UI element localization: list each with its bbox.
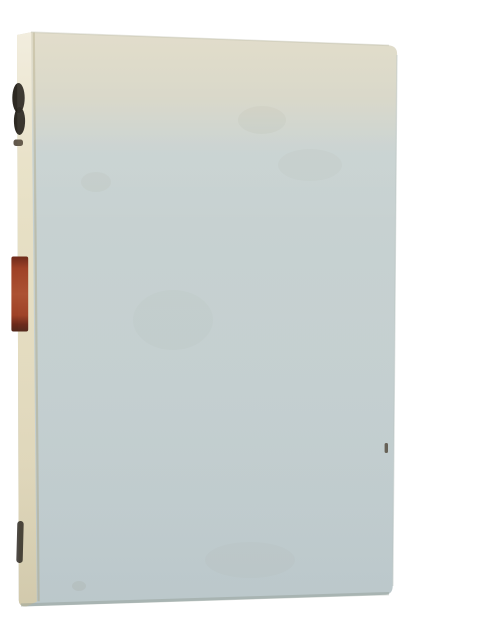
photo-canvas	[0, 0, 480, 640]
book-photo	[0, 0, 480, 640]
lighting-overlay	[17, 32, 397, 606]
